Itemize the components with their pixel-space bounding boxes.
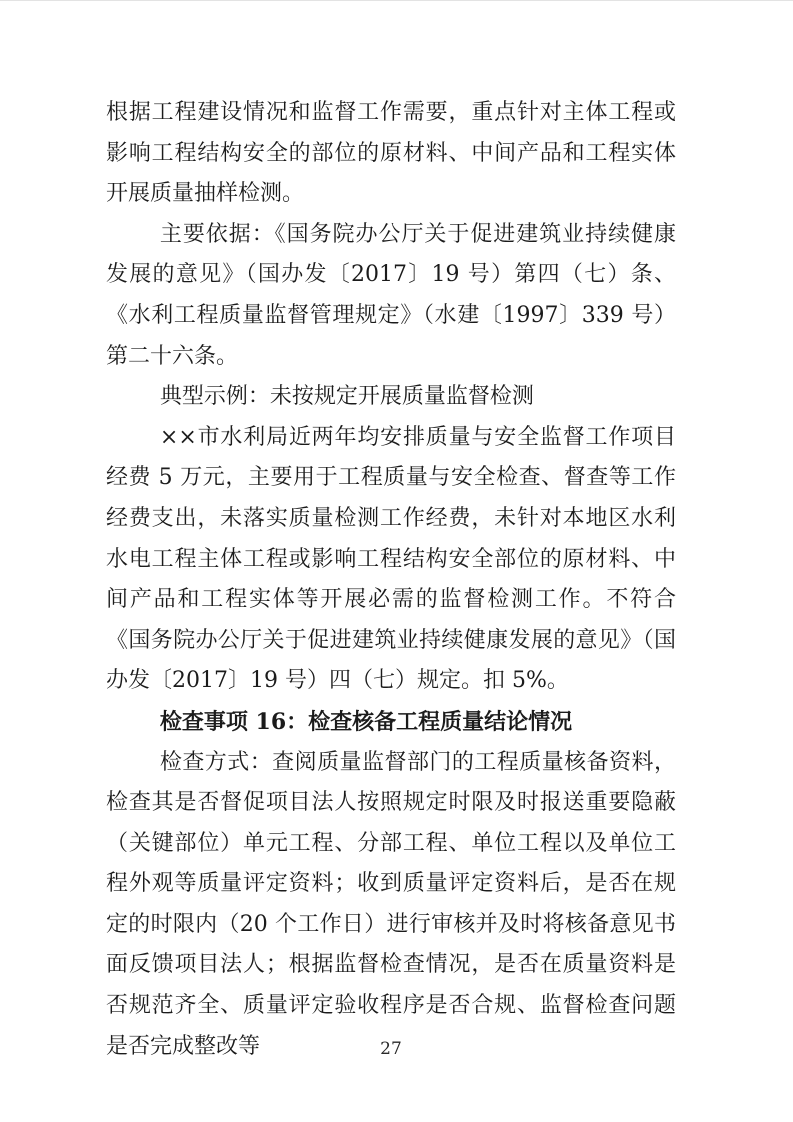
- body-paragraph-2: 主要依据：《国务院办公厅关于促进建筑业持续健康发展的意见》（国办发〔2017〕1…: [106, 215, 676, 377]
- body-paragraph-1: 根据工程建设情况和监督工作需要，重点针对主体工程或影响工程结构安全的部位的原材料…: [106, 93, 676, 215]
- document-page: 根据工程建设情况和监督工作需要，重点针对主体工程或影响工程结构安全的部位的原材料…: [0, 0, 793, 1122]
- body-paragraph-4: ××市水利局近两年均安排质量与安全监督工作项目经费 5 万元，主要用于工程质量与…: [106, 418, 676, 702]
- section-heading-item-16: 检查事项 16：检查核备工程质量结论情况: [106, 702, 676, 743]
- page-body: 根据工程建设情况和监督工作需要，重点针对主体工程或影响工程结构安全的部位的原材料…: [106, 93, 676, 1067]
- body-paragraph-3: 典型示例：未按规定开展质量监督检测: [106, 377, 676, 418]
- page-number: 27: [106, 1039, 676, 1059]
- body-paragraph-5: 检查方式：查阅质量监督部门的工程质量核备资料，检查其是否督促项目法人按照规定时限…: [106, 743, 676, 1068]
